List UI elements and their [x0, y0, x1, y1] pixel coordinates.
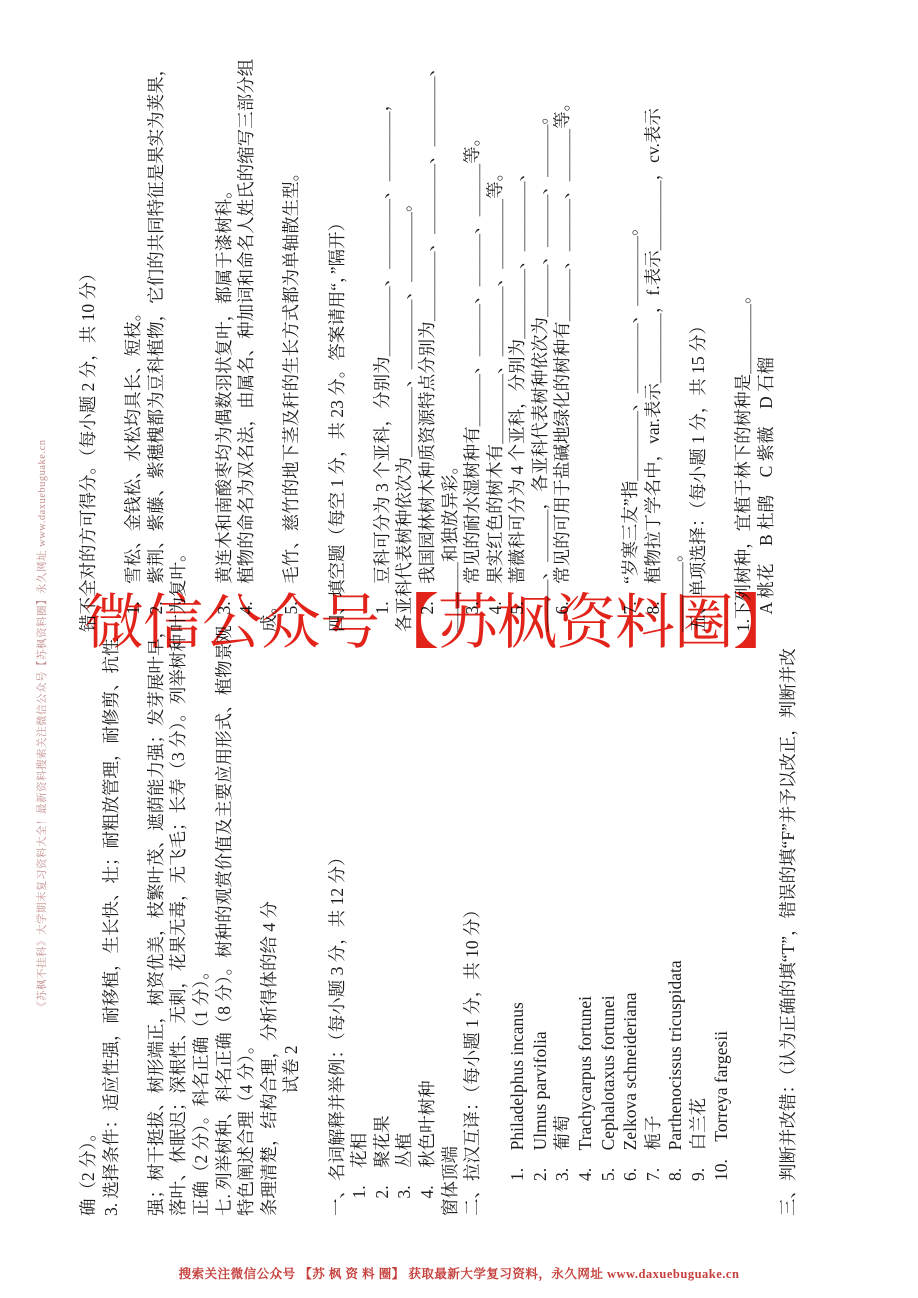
- doc-line: [348, 12, 371, 632]
- right-column: 错不全对的方可得分。（每小题 2 分，共 10 分） 1. 雪松、金钱松、水松均…: [77, 12, 777, 632]
- doc-line: [484, 631, 507, 1216]
- doc-line: [574, 12, 597, 632]
- doc-line: 4. 秋色叶树种: [416, 631, 439, 1216]
- doc-line: 6. 常见的可用于盐碱地绿化的树种有＿＿＿、＿＿＿、＿＿＿等。: [551, 12, 574, 632]
- doc-line: 七. 列举树种、科名正确（8 分）。树种的观赏价值及主要应用形式、植物景观: [213, 631, 236, 1216]
- doc-line: [710, 12, 733, 632]
- doc-line: 2. Ulmus parvifolia: [529, 631, 552, 1216]
- doc-line: 错不全对的方可得分。（每小题 2 分，共 10 分）: [77, 12, 100, 632]
- doc-line: 叶为复叶。: [167, 12, 190, 632]
- doc-line: 强；树干挺拔、树形端正，树资优美，枝繁叶茂、遮荫能力强；发芽展叶早，: [145, 631, 168, 1216]
- center-watermark: 微信公众号【苏枫资料圈】: [84, 584, 792, 662]
- doc-line: 五、单项选择：（每小题 1 分，共 15 分）: [687, 12, 710, 632]
- doc-line: 9. 白兰花: [687, 631, 710, 1216]
- doc-line: [122, 631, 145, 1216]
- doc-line: 四、填空题（每空 1 分，共 23 分。答案请用“，”隔开）: [326, 12, 349, 632]
- doc-line: 5. Cephalotaxus fortunei: [597, 631, 620, 1216]
- doc-line: [755, 631, 778, 1216]
- doc-line: 1. 豆科可分为 3 个亚科，分别为＿＿＿＿、＿＿＿＿、＿＿＿＿，: [371, 12, 394, 632]
- doc-line: 3. 选择条件：适应性强，耐移植，生长快、壮；耐粗放管理，耐修剪、抗性: [100, 631, 123, 1216]
- doc-line: 正确（2 分）。科名正确（1 分）。: [190, 631, 213, 1216]
- doc-line: 窗体顶端: [439, 631, 462, 1216]
- doc-line: [732, 631, 755, 1216]
- doc-line: 成。: [258, 12, 281, 632]
- doc-line: 一、名词解释并举例：（每小题 3 分，共 12 分）: [326, 631, 349, 1216]
- doc-line: [597, 12, 620, 632]
- doc-line: 特色阐述合理（4 分）。: [235, 631, 258, 1216]
- doc-line: 3. 丛植: [393, 631, 416, 1216]
- doc-line: 5. 毛竹、慈竹的地下茎及秆的生长方式都为单轴散生型。: [280, 12, 303, 632]
- doc-line: 7. 栀子: [642, 631, 665, 1216]
- doc-line: 3. 葡萄: [551, 631, 574, 1216]
- doc-line: 4. 果实红色的树木有＿＿＿＿、＿＿＿＿、＿＿＿＿等。: [484, 12, 507, 632]
- doc-line: [100, 12, 123, 632]
- doc-line: 1. 花相: [348, 631, 371, 1216]
- doc-line: A 桃花 B 杜鹃 C 紫薇 D 石榴: [755, 12, 778, 632]
- doc-line: 1.下列树种，宜植于林下的树种是＿＿＿＿。: [732, 12, 755, 632]
- doc-line: 4. 植物的命名为双名法，由属名、种加词和命名人姓氏的缩写三部分组: [235, 12, 258, 632]
- page: { "page": { "background": "#ffffff", "te…: [0, 0, 918, 1298]
- footer-watermark: 搜索关注微信公众号 【苏 枫 资 料 圈】 获取最新大学复习资料，永久网址 ww…: [0, 1264, 918, 1282]
- doc-line: 1. 雪松、金钱松、水松均具长、短枝。: [122, 12, 145, 632]
- doc-line: 4. Trachycarpus fortunei: [574, 631, 597, 1216]
- doc-line: 各亚科代表树种依次为＿＿＿＿、＿＿＿＿、＿＿＿＿。: [393, 12, 416, 632]
- doc-line: 10. Torreya fargesii: [710, 631, 733, 1216]
- doc-line: 2. 紫荆、紫藤、紫穗槐都为豆科植物，它们的共同特征是果实为荚果，: [145, 12, 168, 632]
- doc-line: [303, 631, 326, 1216]
- doc-line: 条理清楚，结构合理，分析得体的给 4 分: [258, 631, 281, 1216]
- doc-line: 3. 黄连木和南酸枣均为偶数羽状复叶，都属于漆树科。: [213, 12, 236, 632]
- left-column: 确（2 分）。3. 选择条件：适应性强，耐移植，生长快、壮；耐粗放管理，耐修剪、…: [77, 631, 800, 1216]
- doc-line: [303, 12, 326, 632]
- doc-line: 3. 常见的耐水湿树种有＿＿＿、＿＿＿、＿＿＿、＿＿＿等。: [461, 12, 484, 632]
- doc-line: [190, 12, 213, 632]
- doc-line: ＿＿＿、＿＿＿，各亚科代表树种依次为＿＿＿、＿＿＿、＿＿＿。: [529, 12, 552, 632]
- side-note-watermark: 《苏枫不挂科》大学期末复习资料大全！最新资料搜索关注微信公众号【苏枫资料圈】永久…: [34, 440, 49, 1013]
- doc-line: ＿＿＿＿。: [664, 12, 687, 632]
- doc-line: 8. 植物拉丁学名中，var.表示＿＿＿＿，f.表示＿＿＿＿，cv.表示: [642, 12, 665, 632]
- doc-line: 二、拉汉互译：（每小题 1 分，共 10 分）: [461, 631, 484, 1216]
- doc-line: 2. 我国园林树木种质资源特点分别为＿＿＿＿、＿＿＿＿、＿＿＿＿、: [416, 12, 439, 632]
- doc-line: ＿＿＿＿和独放异彩。: [439, 12, 462, 632]
- doc-line: 三、判断并改错：（认为正确的填“T”，错误的填“F”并予以改正，判断并改: [777, 631, 800, 1216]
- doc-line: 落叶、休眠迟；深根性、无刺，花果无毒，无飞毛；长寿（3 分）。列举树种: [167, 631, 190, 1216]
- doc-line: 试卷 2: [280, 631, 303, 1216]
- doc-line: 1. Philadelphus incanus: [506, 631, 529, 1216]
- doc-line: 6. Zelkova schneideriana: [619, 631, 642, 1216]
- doc-line: 7. “岁寒三友”指＿＿＿＿、＿＿＿＿、＿＿＿＿。: [619, 12, 642, 632]
- doc-line: 8. Parthenocissus tricuspidata: [664, 631, 687, 1216]
- doc-line: 5. 蔷薇科可分为 4 个亚科，分别为＿＿＿＿、＿＿＿＿、: [506, 12, 529, 632]
- doc-line: 2. 聚花果: [371, 631, 394, 1216]
- doc-line: 确（2 分）。: [77, 631, 100, 1216]
